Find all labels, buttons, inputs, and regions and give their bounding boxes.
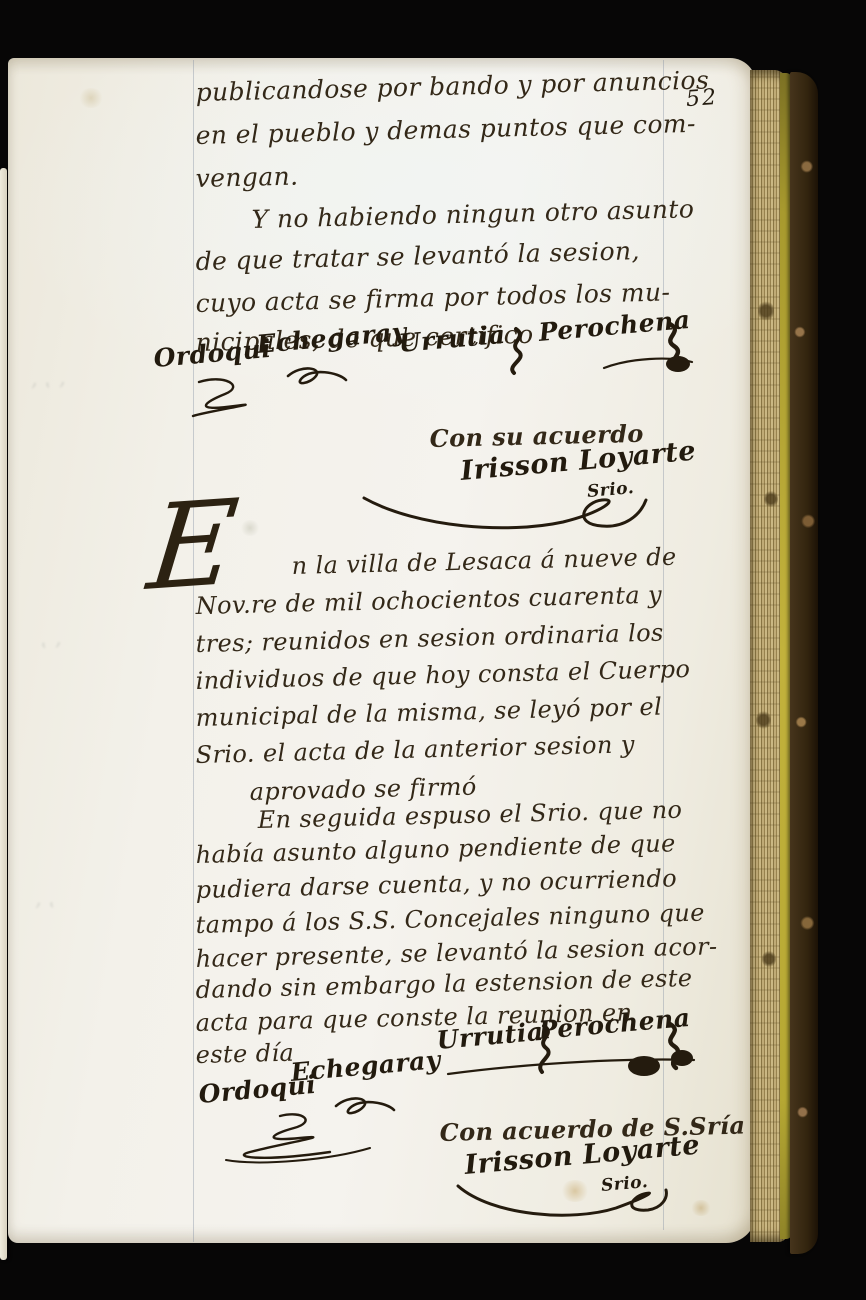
left-margin-rule (193, 60, 194, 1242)
ornate-initial: E (143, 483, 243, 607)
facing-page-edge (0, 168, 7, 1260)
rubric-flourish (492, 325, 538, 381)
signature-flourish (452, 1180, 672, 1224)
manuscript-line: vengan. (195, 161, 298, 193)
ink-show-through: ʽ ʼ (40, 640, 62, 666)
manuscript-line: este día (195, 1039, 294, 1069)
fore-edge-stain (762, 950, 776, 968)
signature-flourish (358, 488, 653, 538)
rubric-flourish (598, 1018, 703, 1084)
rubric-flourish (600, 318, 700, 382)
rubric-flourish (220, 1108, 380, 1168)
photo-background: 52 ʼ ʽ ʼ ʽ ʼ ʼ ʽ publicandose por bando … (0, 0, 866, 1300)
fore-edge-stain (758, 300, 774, 322)
ink-show-through: ʼ ʽ ʼ (30, 379, 66, 405)
rubric-flourish (282, 362, 352, 396)
book-cover-marbled-edge (790, 72, 818, 1254)
fore-edge-stain (756, 710, 771, 730)
ink-show-through: ʼ ʽ (34, 900, 56, 926)
fore-edge-stain (764, 490, 778, 508)
rubric-flourish (185, 372, 295, 420)
